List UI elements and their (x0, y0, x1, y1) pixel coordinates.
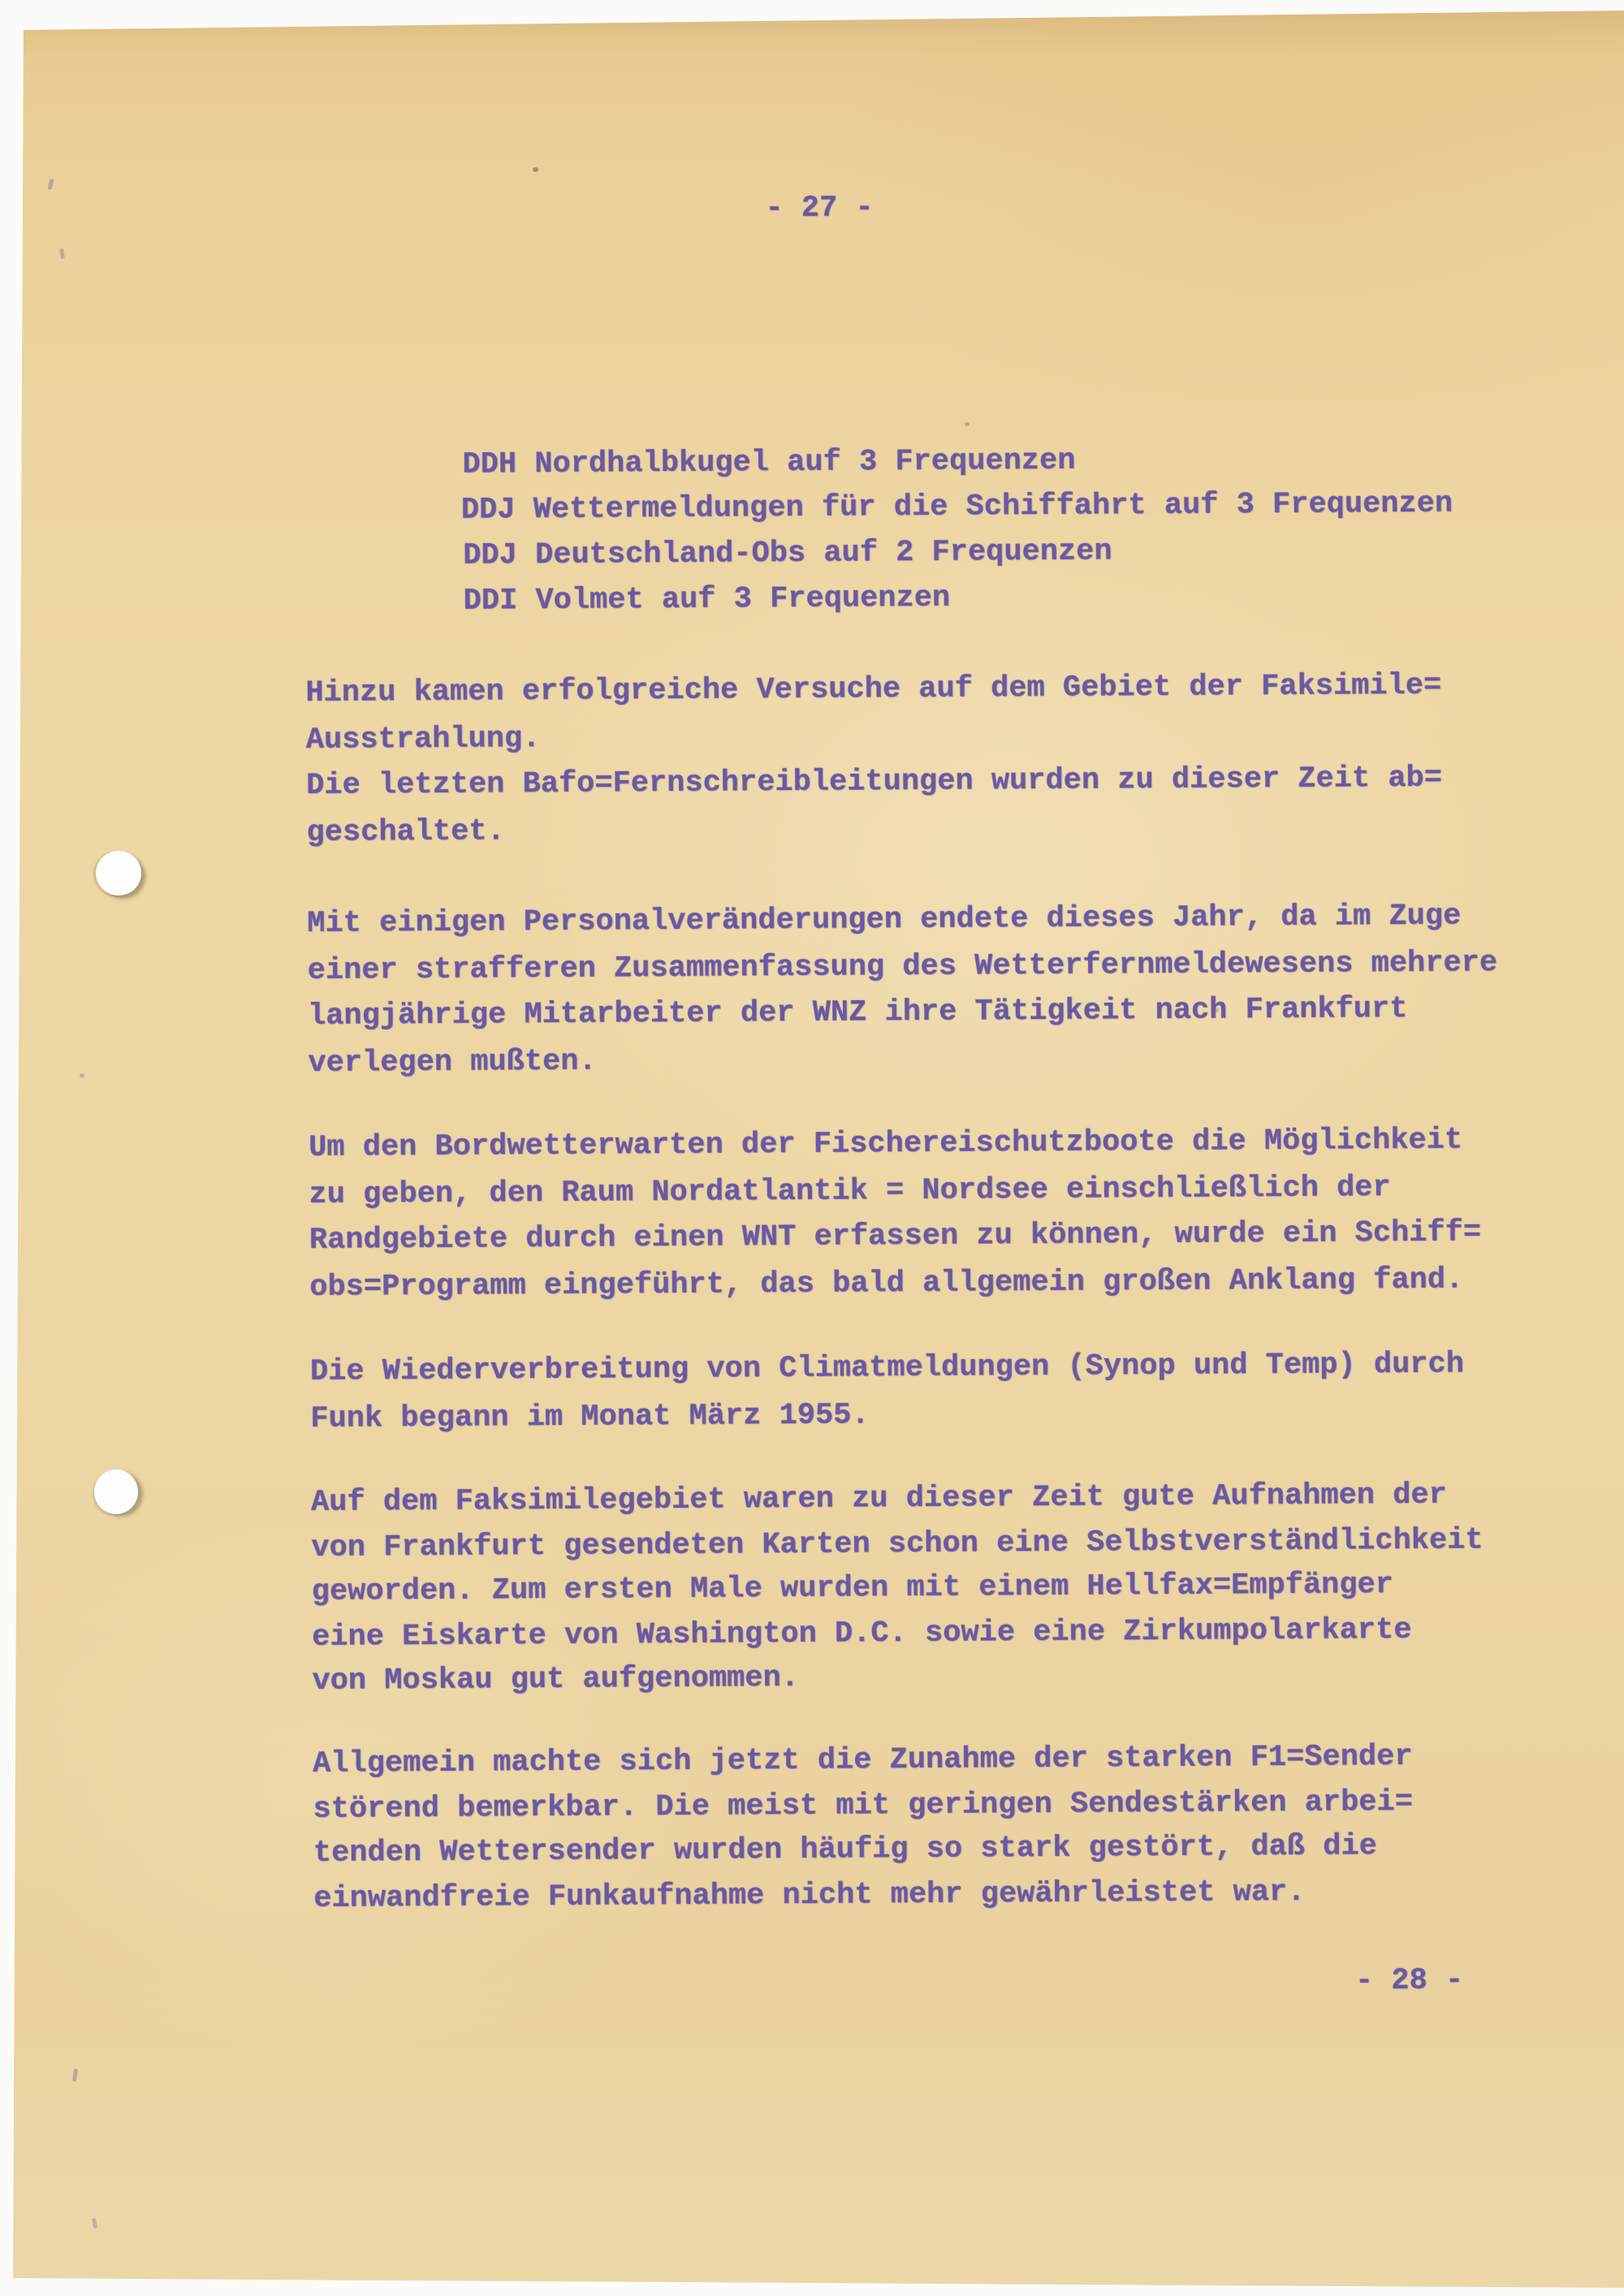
paragraph-stoerungen: Allgemein machte sich jetzt die Zunahme … (313, 1735, 1414, 1921)
typewritten-text: - 27 - DDH Nordhalbkugel auf 3 Frequenze… (0, 0, 1624, 2296)
paragraph-faksimilegebiet: Auf dem Faksimilegebiet waren zu dieser … (311, 1473, 1484, 1704)
text-line: von Frankfurt gesendeten Karten schon ei… (311, 1518, 1484, 1571)
list-item-ddh: DDH Nordhalbkugel auf 3 Frequenzen (462, 436, 1454, 488)
paragraph-personal: Mit einigen Personalveränderungen endete… (307, 893, 1498, 1086)
paragraph-faksimile: Hinzu kamen erfolgreiche Versuche auf de… (305, 663, 1442, 856)
text-line: von Moskau gut aufgenommen. (312, 1651, 1484, 1704)
text-line: tenden Wettersender wurden häufig so sta… (313, 1824, 1414, 1876)
text-line: eine Eiskarte von Washington D.C. sowie … (312, 1608, 1484, 1660)
scanned-document-page: - 27 - DDH Nordhalbkugel auf 3 Frequenze… (0, 0, 1624, 2296)
page-number-bottom: - 28 - (1355, 1964, 1464, 1999)
list-item-ddi-volmet: DDI Volmet auf 3 Frequenzen (463, 572, 1455, 624)
text-line: störend bemerkbar. Die meist mit geringe… (313, 1780, 1413, 1832)
text-line: obs=Programm eingeführt, das bald allgem… (309, 1257, 1482, 1311)
text-line: einwandfreie Funkaufnahme nicht mehr gew… (313, 1870, 1414, 1922)
text-line: Ausstrahlung. (306, 710, 1442, 764)
text-line: einer strafferen Zusammenfassung des Wet… (307, 940, 1497, 995)
text-line: geschaltet. (306, 803, 1442, 857)
list-item-ddj-obs: DDJ Deutschland-Obs auf 2 Frequenzen (463, 527, 1455, 579)
text-line: Die letzten Bafo=Fernschreibleitungen wu… (306, 756, 1442, 809)
list-item-ddj-wetter: DDJ Wettermeldungen für die Schiffahrt a… (461, 481, 1453, 533)
text-line: Um den Bordwetterwarten der Fischereisch… (309, 1117, 1481, 1172)
text-line: Funk begann im Monat März 1955. (310, 1389, 1464, 1443)
text-line: langjährige Mitarbeiter der WNZ ihre Tät… (308, 986, 1498, 1040)
text-line: verlegen mußten. (308, 1033, 1498, 1087)
text-line: Mit einigen Personalveränderungen endete… (307, 893, 1497, 947)
paragraph-bordwetterwarten: Um den Bordwetterwarten der Fischereisch… (309, 1117, 1482, 1310)
text-line: Auf dem Faksimilegebiet waren zu dieser … (311, 1473, 1484, 1526)
text-line: Hinzu kamen erfolgreiche Versuche auf de… (305, 663, 1441, 717)
text-line: geworden. Zum ersten Male wurden mit ein… (312, 1562, 1484, 1615)
page-number-top: - 27 - (765, 191, 874, 226)
text-line: Randgebiete durch einen WNT erfassen zu … (309, 1210, 1482, 1264)
paragraph-climatmeldungen: Die Wiederverbreitung von Climatmeldunge… (310, 1342, 1465, 1442)
text-line: Allgemein machte sich jetzt die Zunahme … (313, 1735, 1413, 1787)
frequency-broadcast-list: DDH Nordhalbkugel auf 3 Frequenzen DDJ W… (462, 436, 1455, 624)
text-line: Die Wiederverbreitung von Climatmeldunge… (310, 1342, 1464, 1396)
text-line: zu geben, den Raum Nordatlantik = Nordse… (309, 1164, 1481, 1219)
